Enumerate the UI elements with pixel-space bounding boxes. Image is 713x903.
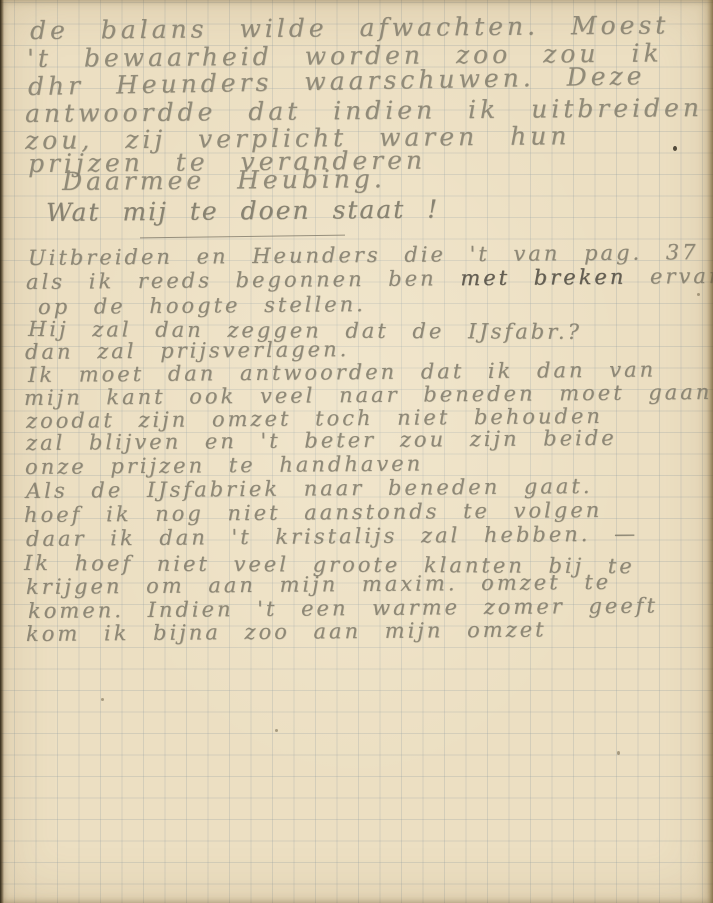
overwritten-dark-segment: met breken [437,265,627,291]
binding-edge [0,0,4,903]
handwritten-line: zal blijven en 't beter zou zijn beide [26,426,617,455]
signature-line: Daarmee Heubing. [62,164,386,196]
line-segment: als ik reeds begonnen ben [26,266,437,294]
handwritten-line: onze prijzen te handhaven [25,452,423,479]
ink-speck [101,698,104,701]
line-segment: ervan [626,264,713,289]
page-edge-shadow [707,0,713,903]
heading-underline [140,235,345,239]
notebook-page: de balans wilde afwachten. Moest 't bewa… [0,0,713,903]
handwritten-line: op de hoogte stellen. [38,292,366,319]
ink-speck [673,146,677,151]
ink-speck [617,751,620,755]
handwritten-line: daar ik dan 't kristalijs zal hebben. — [26,522,638,551]
ink-speck [697,293,700,296]
handwritten-line: kom ik bijna zoo aan mijn omzet [26,617,547,646]
handwritten-line: als ik reeds begonnen ben met breken erv… [26,264,713,294]
ink-speck [275,729,278,732]
section-heading: Wat mij te doen staat ! [46,195,439,227]
